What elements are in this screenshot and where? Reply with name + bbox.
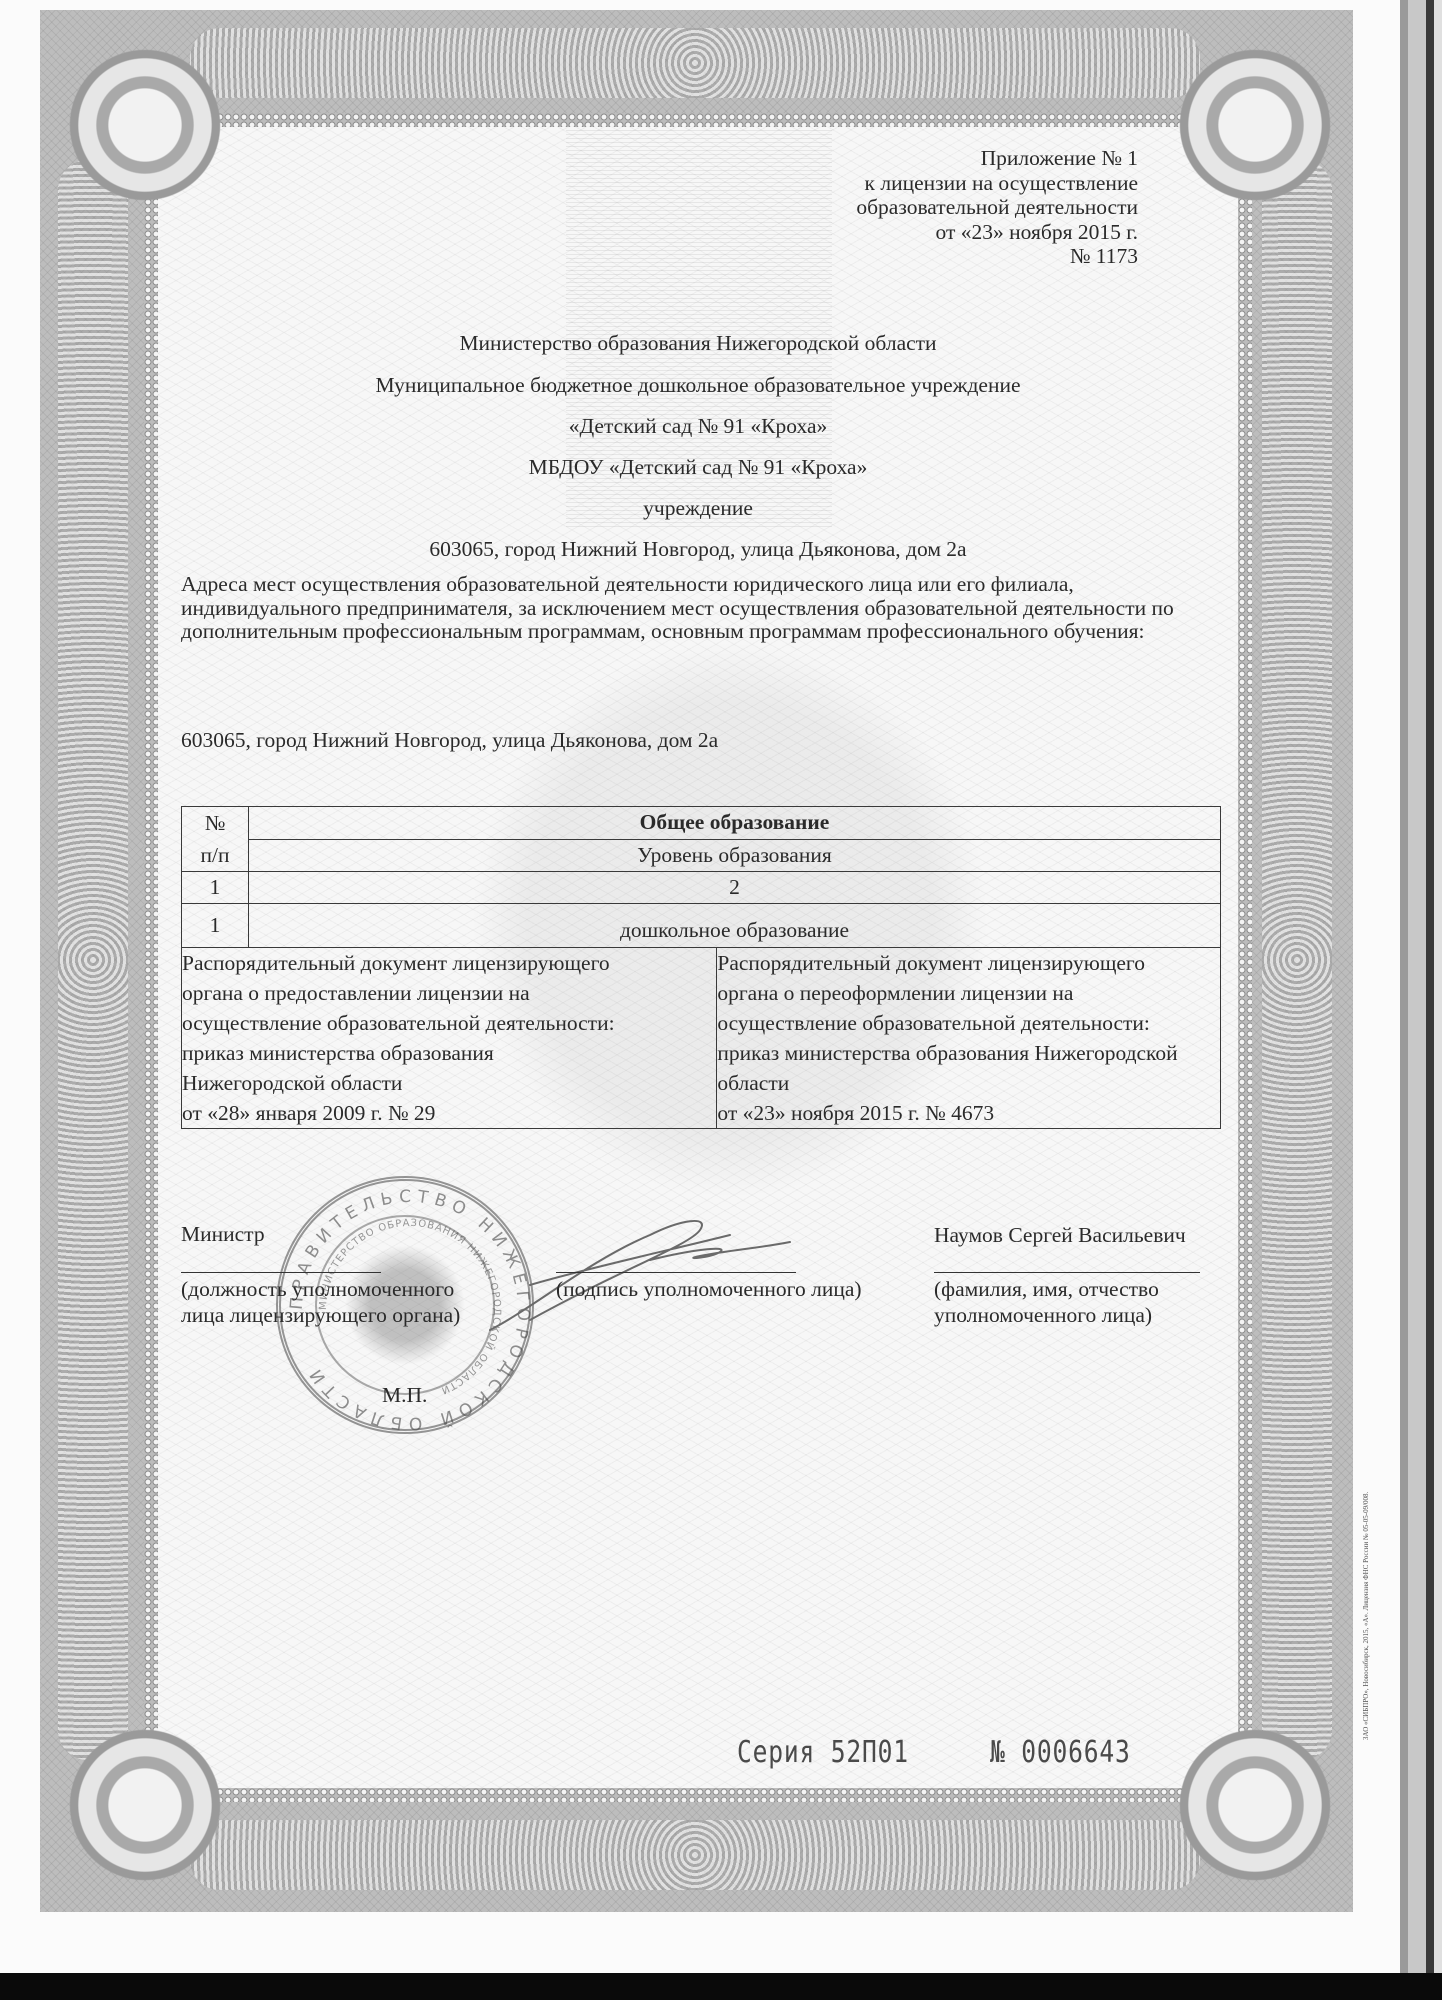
name-caption: (фамилия, имя, отчество уполномоченного … [934,1276,1159,1328]
guilloche-top [190,28,1200,98]
dotted-border-left [144,118,158,1802]
dotted-border-bottom [144,1788,1252,1802]
official-name: Наумов Сергей Васильевич [934,1222,1186,1248]
legal-address: 603065, город Нижний Новгород, улица Дья… [158,537,1238,562]
position-line [181,1272,381,1273]
signature-caption: (подпись уполномоченного лица) [556,1276,862,1302]
table-row: 1 дошкольное образование [182,904,1221,948]
organization-type: учреждение [158,496,1238,521]
grant-order: Распорядительный документ лицензирующего… [182,948,717,1129]
name-line [934,1272,1200,1273]
scanner-edge-right [1400,0,1442,1975]
handwritten-signature-icon [470,1190,870,1340]
education-level: дошкольное образование [249,904,1221,948]
ornament-corner-icon [1170,1720,1340,1890]
num-header: № п/п [182,807,249,872]
position-value: Министр [181,1221,265,1247]
annex-date: от «23» ноября 2015 г. [856,220,1138,245]
scanner-edge-bottom [0,1973,1442,2000]
form-series: Серия 52П01 [737,1735,909,1770]
guilloche-right [1262,160,1332,1760]
ornament-corner-icon [1170,40,1340,210]
seal-place: М.П. [382,1382,427,1408]
index-row: 1 2 [182,872,1221,904]
ornament-corner-icon [60,1720,230,1890]
row-number: 1 [182,904,249,948]
signature-line [556,1272,796,1273]
organization-short-name: МБДОУ «Детский сад № 91 «Кроха» [158,455,1238,480]
annex-line: к лицензии на осуществление [856,171,1138,196]
printer-imprint: ЗАО «СИБПРО», Новосибирск, 2015, «А». Ли… [1362,1492,1370,1740]
places-intro: Адреса мест осуществления образовательно… [181,573,1221,644]
place-address: 603065, город Нижний Новгород, улица Дья… [181,728,718,752]
reissue-order: Распорядительный документ лицензирующего… [717,948,1221,1129]
section-title: Общее образование [249,807,1221,840]
dotted-border-right [1238,118,1252,1802]
education-table: № п/п Общее образование Уровень образова… [181,806,1221,1129]
licensing-authority: Министерство образования Нижегородской о… [158,331,1238,356]
organization-full-name-2: «Детский сад № 91 «Кроха» [158,414,1238,439]
annex-reference: Приложение № 1 к лицензии на осуществлен… [856,146,1138,269]
form-number: № 0006643 [990,1735,1131,1770]
organization-full-name: Муниципальное бюджетное дошкольное образ… [158,373,1238,398]
dotted-border-top [144,113,1252,127]
order-documents-row: Распорядительный документ лицензирующего… [182,948,1221,1129]
column-title: Уровень образования [249,839,1221,872]
position-caption: (должность уполномоченного лица лицензир… [181,1276,460,1328]
annex-title: Приложение № 1 [856,146,1138,171]
annex-line: образовательной деятельности [856,195,1138,220]
guilloche-left [58,160,128,1760]
annex-number: № 1173 [856,244,1138,269]
guilloche-bottom [190,1820,1200,1890]
ornament-corner-icon [60,40,230,210]
